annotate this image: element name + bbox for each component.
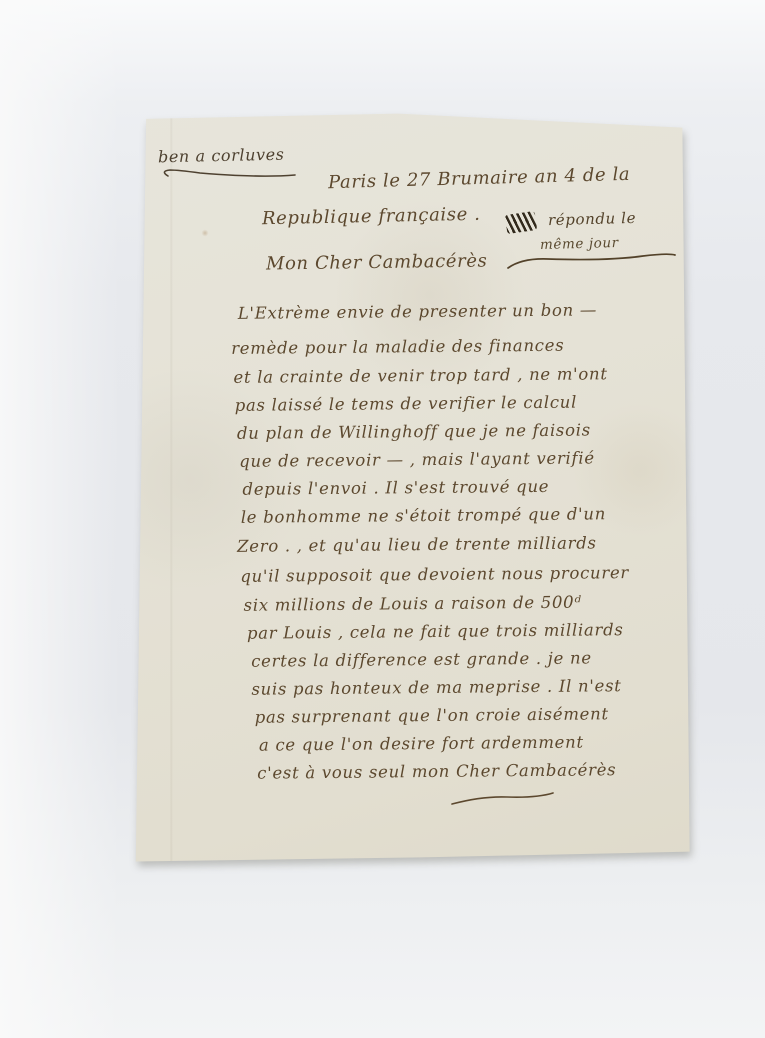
body-line: certes la difference est grande . je ne [251, 648, 592, 670]
paper-shadow: ben a corluves Paris le 27 Brumaire an 4… [0, 0, 765, 1038]
letter-paper: ben a corluves Paris le 27 Brumaire an 4… [0, 0, 765, 1038]
photo-backdrop: ben a corluves Paris le 27 Brumaire an 4… [0, 0, 765, 1038]
body-line: six millions de Louis a raison de 500ᵈ [244, 593, 582, 615]
body-line: pas surprenant que l'on croie aisément [255, 704, 609, 726]
body-line: qu'il supposoit que devoient nous procur… [240, 563, 629, 586]
body-line: le bonhomme ne s'étoit trompé que d'un [241, 504, 606, 527]
body-line: du plan de Willinghoff que je ne faisois [237, 420, 591, 442]
body-line: pas laissé le tems de verifier le calcul [235, 393, 578, 415]
body-line: L'Extrème envie de presenter un bon — [238, 300, 597, 322]
body-line: remède pour la maladie des finances [231, 336, 564, 358]
body-line: suis pas honteux de ma meprise . Il n'es… [251, 676, 621, 699]
body-line: que de recevoir — , mais l'ayant verifié [239, 448, 595, 470]
body-line: a ce que l'on desire fort ardemment [259, 733, 584, 755]
body-line: c'est à vous seul mon Cher Cambacérès [257, 760, 616, 782]
closing-underline-flourish [448, 792, 558, 808]
body-line: par Louis , cela ne fait que trois milli… [247, 620, 624, 643]
body-line: et la crainte de venir trop tard , ne m'… [233, 364, 607, 387]
body-line: Zero . , et qu'au lieu de trente milliar… [237, 533, 597, 555]
letter-body: L'Extrème envie de presenter un bon — re… [0, 0, 765, 1038]
body-line: depuis l'envoi . Il s'est trouvé que [242, 477, 549, 499]
